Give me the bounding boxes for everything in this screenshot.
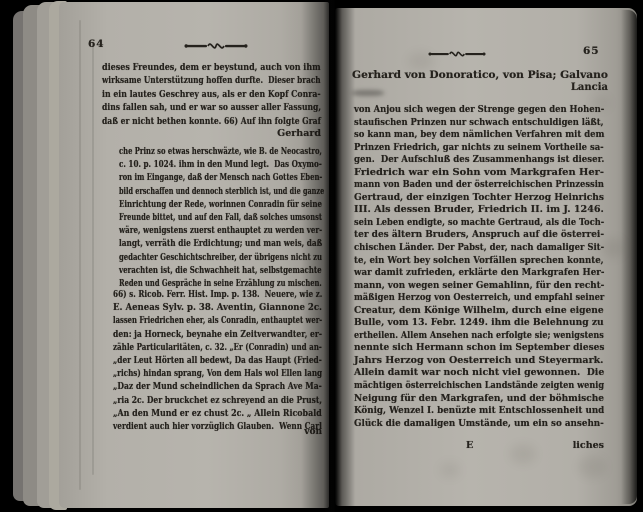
left-page-body: dieses Freundes, dem er beystund, auch v…	[102, 61, 321, 128]
text-line: „An den Mund er ez chust 2c. „ Allein Ri…	[113, 408, 322, 421]
text-line: Glück die damaligen Umstände, um ein so …	[354, 418, 604, 431]
text-line: Einrichtung der Rede, worinnen Conradin …	[119, 199, 322, 212]
text-line: ertheilen. Allem Ansehen nach erfolgte s…	[354, 330, 604, 343]
text-line: lassen Friedrichen eher, als Conradin, e…	[113, 315, 322, 328]
heading-line-2: Lancia	[352, 82, 608, 93]
text-line: staufischen Prinzen nur schwach entschul…	[354, 117, 604, 130]
text-line: Freunde bittet, und auf den Fall, daß so…	[119, 212, 322, 225]
paper-stain	[460, 246, 490, 268]
paper-stain	[140, 336, 170, 358]
text-line: Bulle, vom 13. Febr. 1249. ihm die Beleh…	[354, 317, 604, 330]
text-line: Neigung für den Markgrafen, und der böhm…	[354, 393, 604, 406]
text-line: mann, von wegen seiner Gemahlinn, für de…	[354, 280, 604, 293]
paper-stain	[408, 52, 434, 70]
text-line: dieses Freundes, dem er beystund, auch v…	[102, 61, 321, 74]
page-crease	[92, 45, 94, 475]
signature-mark: E	[466, 440, 473, 451]
right-page-heading: Gerhard von Donoratico, von Pisa; Galvan…	[352, 69, 608, 82]
headpiece-ornament-icon	[428, 49, 486, 59]
text-line: verachten ist, die Schwachheit hat, selb…	[119, 265, 322, 278]
paper-stain	[566, 298, 592, 318]
text-line: sein Leben endigte, so machte Gertraud, …	[354, 217, 604, 230]
paper-stain	[510, 444, 536, 464]
left-page-footnote-66: 66) s. Ricob. Ferr. Hist. Imp. p. 138. N…	[113, 289, 322, 434]
text-line: Jahrs Herzog von Oesterreich und Steyerm…	[354, 355, 604, 368]
text-line: mann von Baden und der österreichischen …	[354, 179, 604, 192]
text-line: von Anjou sich wegen der Strenge gegen d…	[354, 104, 604, 117]
text-line: „richs) hindan sprang, Von dem Hals wol …	[113, 368, 322, 381]
paper-stain	[440, 462, 460, 478]
headpiece-ornament-icon	[184, 41, 248, 51]
text-line: wirksame Unterstützung hoffen durfte. Di…	[102, 74, 321, 87]
text-line: nennte sich Hermann schon im September d…	[354, 342, 604, 355]
signature-row: E liches	[354, 440, 604, 452]
text-line: „Daz der Mund scheindlichen da Sprach Av…	[113, 381, 322, 394]
text-line: in ein lautes Geschrey aus, als er den K…	[102, 88, 321, 101]
paper-stain	[602, 238, 624, 258]
text-line: „ria 2c. Der bruckchet ez schreyend an d…	[113, 395, 322, 408]
left-page-number: 64	[88, 38, 105, 50]
text-line: war damit zufrieden, erklärte den Markgr…	[354, 267, 604, 280]
text-line: 66) s. Ricob. Ferr. Hist. Imp. p. 138. N…	[113, 289, 322, 302]
paper-stain	[578, 456, 606, 478]
text-line: Prinzen Friedrich, gar nichts zu seinem …	[354, 142, 604, 155]
text-line: daß er nicht bethen konnte. 66) Auf ihn …	[102, 115, 321, 128]
text-line: Friedrich war ein Sohn vom Markgrafen He…	[354, 167, 604, 180]
text-line: dins fallen sah, und er war so ausser al…	[102, 101, 321, 114]
text-line: che Prinz so etwas herschwäzte, wie B. d…	[119, 146, 322, 159]
text-line: „der Leut Hörten all bedewt, Da das Haup…	[113, 355, 322, 368]
text-line: E. Aeneas Sylv. p. 38. Aventin, Giannone…	[113, 302, 322, 315]
text-line: Allein damit war noch nicht viel gewonne…	[354, 367, 604, 380]
right-page-catchword: liches	[573, 440, 604, 451]
right-page-fore-edge	[621, 10, 637, 504]
text-line: bild erschaffen und dennoch sterblich is…	[119, 186, 324, 199]
text-line: III. Als dessen Bruder, Friedrich II. im…	[354, 204, 604, 217]
text-line: so kann man, bey dem nämlichen Verfahren…	[354, 129, 604, 142]
text-line: gedachter Geschichtschreiber, der übrige…	[119, 252, 322, 265]
left-page-catchword: von	[113, 427, 322, 437]
paper-stain	[592, 96, 610, 110]
text-line: wäre, wenigstens zuerst enthauptet zu we…	[119, 225, 322, 238]
text-line: langt, verräth die Erdichtung; und man w…	[119, 238, 322, 251]
text-line: c. 10. p. 1024. ihm in den Mund legt. Da…	[119, 159, 322, 172]
pencil-smudge	[352, 90, 384, 96]
text-line: Gertraud, der einzigen Tochter Herzog He…	[354, 192, 604, 205]
left-page-footnote-continuation: che Prinz so etwas herschwäzte, wie B. d…	[119, 146, 322, 291]
text-line: mächtigen österreichischen Landstände ze…	[354, 380, 604, 393]
left-page-body-catchline: Gerhard	[102, 128, 321, 139]
paper-stain	[250, 205, 276, 225]
heading-line-1: Gerhard von Donoratico, von Pisa; Galvan…	[352, 69, 608, 82]
book-photo: 64 dieses Freundes, dem er beystund, auc…	[0, 0, 643, 512]
text-line: ron im Eingange, daß der Mensch nach Got…	[119, 172, 322, 185]
right-page-number: 65	[583, 45, 600, 57]
page-crease	[79, 20, 81, 490]
text-line: König, Wenzel I. benüzte mit Entschlosse…	[354, 405, 604, 418]
text-line: ter des ältern Bruders, Anspruch auf die…	[354, 229, 604, 242]
text-line: gen. Der Aufschluß des Zusammenhangs ist…	[354, 154, 604, 167]
